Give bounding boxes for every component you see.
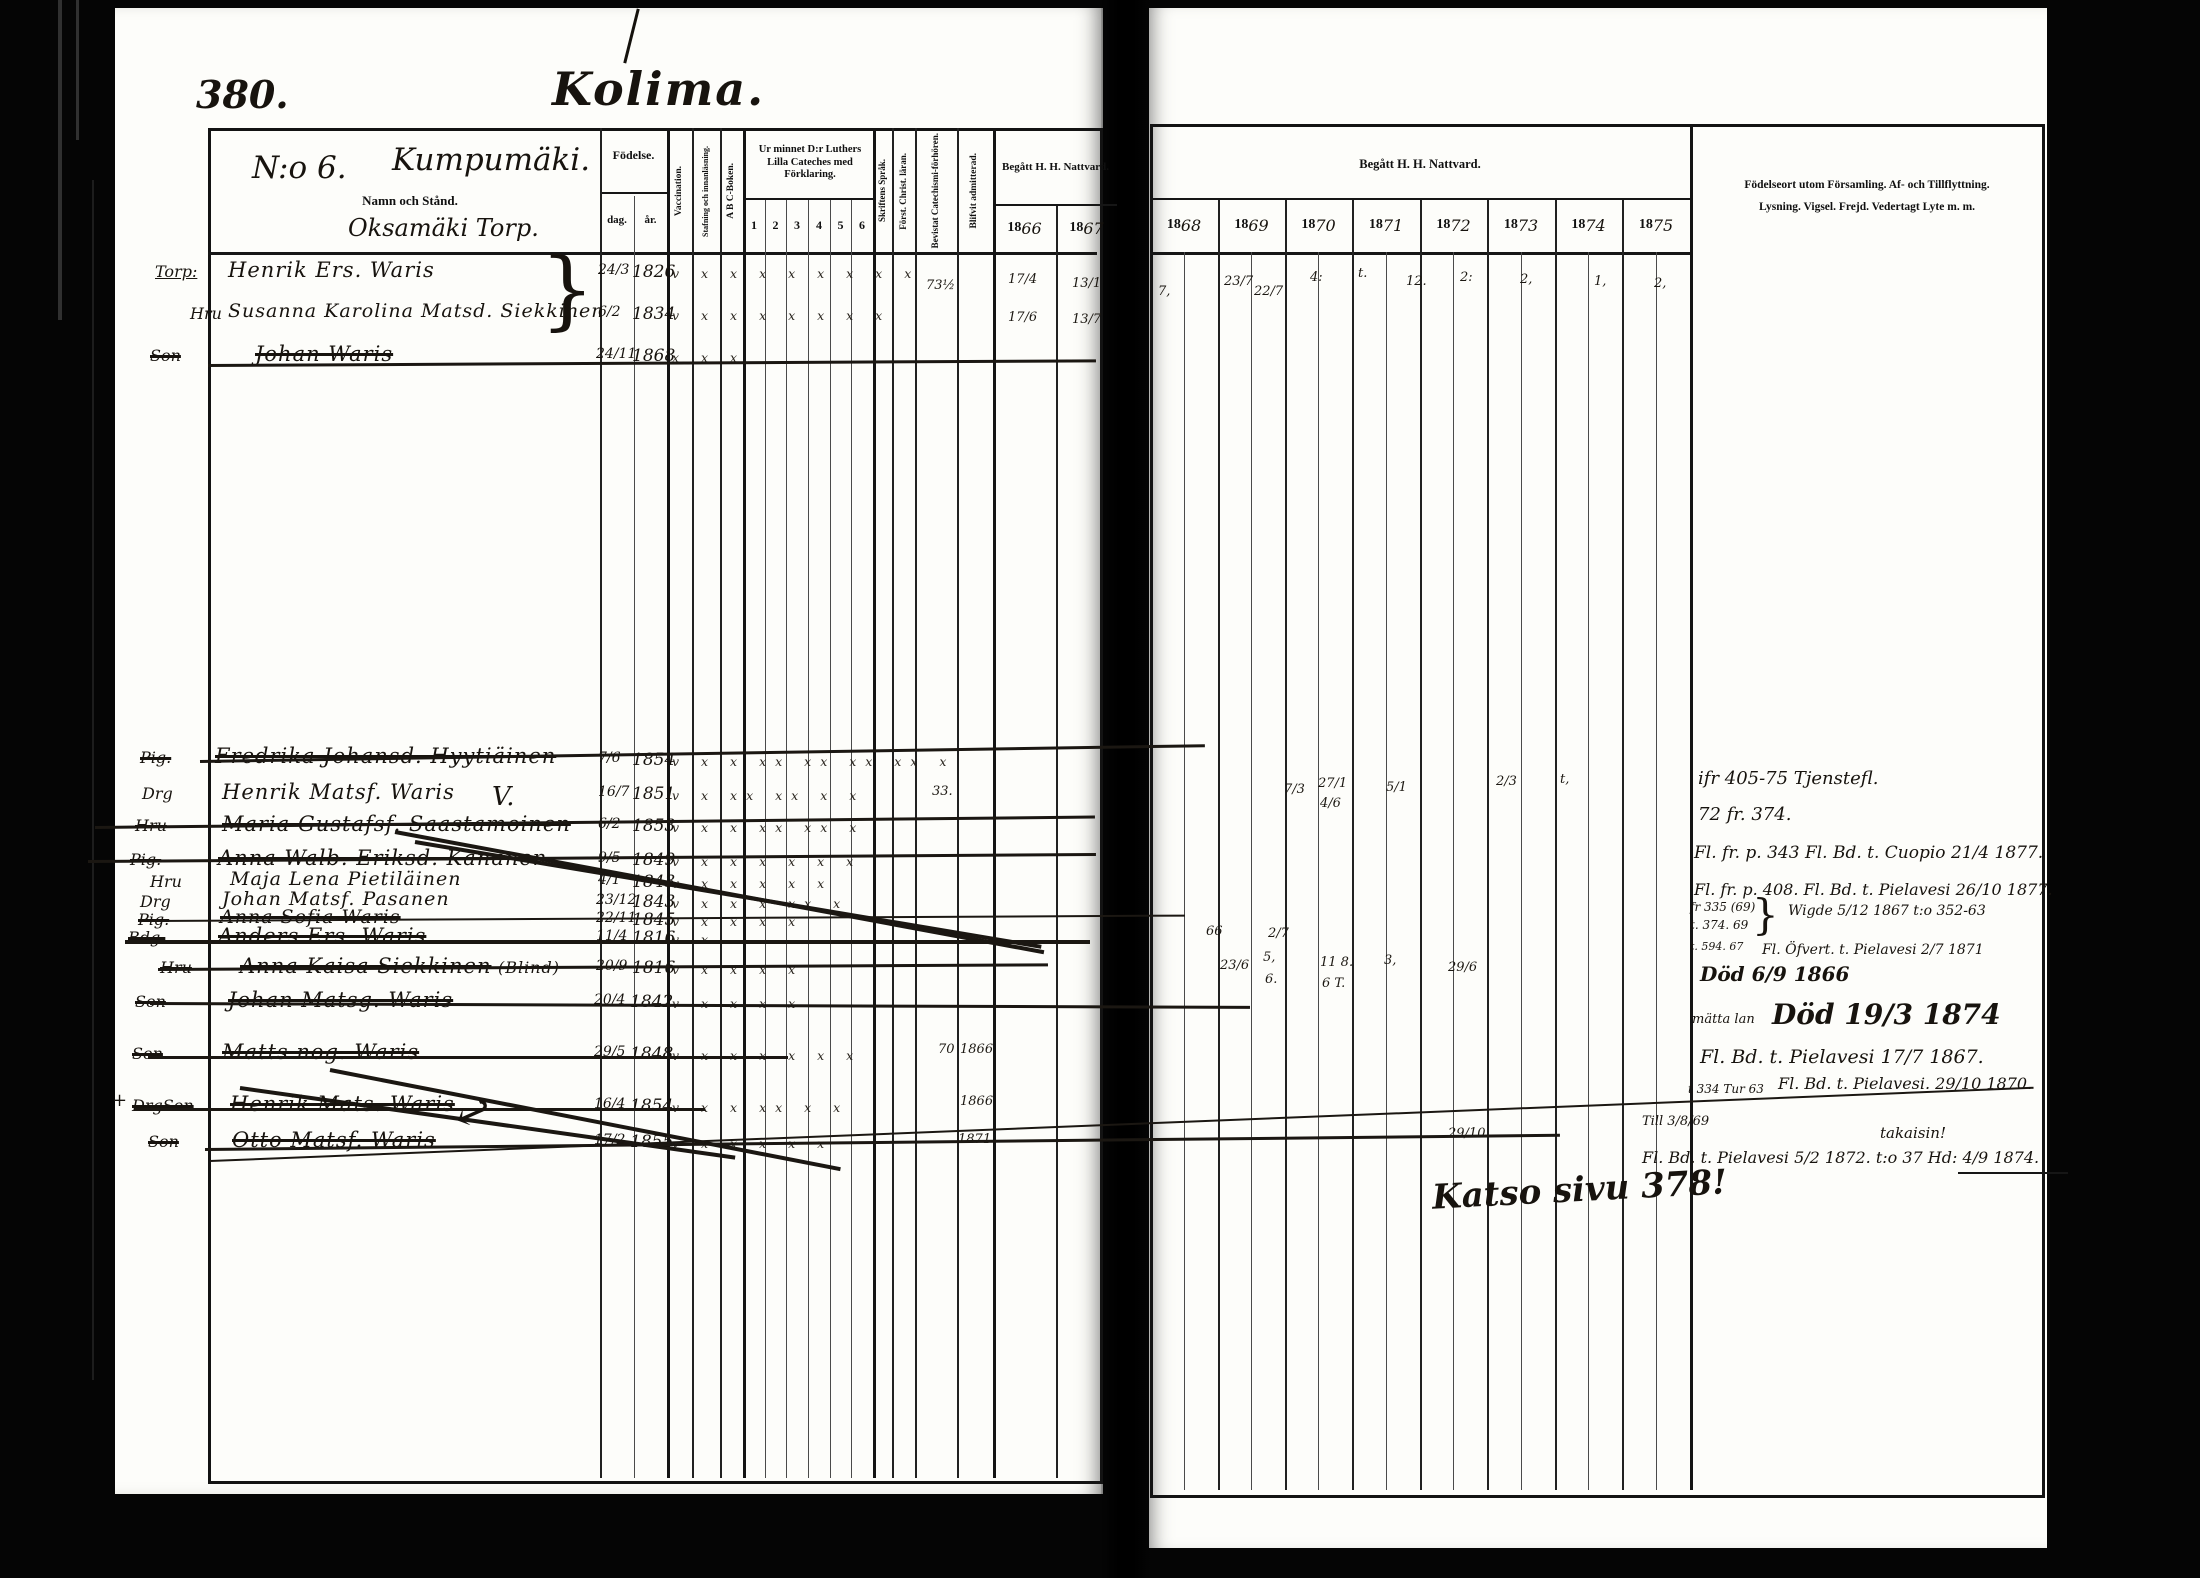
row-name: Henrik Matsf. Waris <box>222 780 455 804</box>
margin-note: Död 6/9 1866 <box>1700 962 1849 986</box>
communion-mark: 6. <box>1265 972 1277 987</box>
year-1870: 1870 <box>1285 200 1352 250</box>
communion-mark: 11 8. <box>1320 955 1353 970</box>
birth-year: 1826 <box>632 262 675 282</box>
row-prefix: Son <box>150 346 181 365</box>
column-rule <box>1285 200 1287 1490</box>
margin-note: Wigde 5/12 1867 t:o 352-63 <box>1788 903 1986 919</box>
row-name: Henrik Ers. Waris <box>228 258 435 282</box>
year-1871: 1871 <box>1352 200 1420 250</box>
column-rule <box>1690 124 1693 1490</box>
row-prefix: Son <box>148 1132 179 1151</box>
reading-marks: v x xx xx x x <box>672 788 865 803</box>
year-1867: 1867 <box>1056 206 1117 250</box>
margin-note: t 334 Tur 63 <box>1688 1082 1764 1096</box>
col-abc-book: A B C-Boken. <box>720 132 743 250</box>
communion-mark: 12. <box>1406 274 1427 289</box>
exam-mark: 73½ <box>926 278 955 293</box>
birth-year: 1848 <box>630 1044 673 1064</box>
birth-day: 7/6 <box>598 750 621 766</box>
margin-note: takaisin! <box>1880 1124 1946 1142</box>
row-prefix: Hru <box>190 304 222 323</box>
note-underline <box>1958 1172 2068 1174</box>
communion-mark: 2, <box>1654 276 1666 291</box>
communion-mark: 29/10 <box>1448 1126 1485 1141</box>
year-1875: 1875 <box>1622 200 1690 250</box>
communion-mark: 2: <box>1460 270 1473 285</box>
margin-note: mätta lan <box>1692 1012 1755 1027</box>
column-rule <box>1487 200 1489 1490</box>
reading-marks: v x x xx xx xx xx x <box>672 754 955 769</box>
column-rule <box>1656 252 1657 1490</box>
column-rule <box>743 128 746 1478</box>
column-rule <box>1318 252 1319 1490</box>
col-spelling: Stafning och innanläsning. <box>692 132 720 250</box>
names-column-header: Namn och Stånd. <box>300 192 520 210</box>
household-name: Kumpumäki. <box>392 142 590 178</box>
column-rule <box>957 128 959 1478</box>
column-rule <box>808 200 809 1478</box>
table-rule <box>993 204 1117 206</box>
book-edge-streak <box>58 0 62 320</box>
col-notes-line1: Födelseort utom Församling. Af- och Till… <box>1700 175 2034 195</box>
col-exam: Bevistat Catechismi-förhören. <box>915 132 957 250</box>
row-name: Johan Matsg. Waris <box>228 988 453 1012</box>
communion-mark: 5, <box>1263 950 1275 965</box>
margin-note: t. 594. 67 <box>1690 940 1743 953</box>
sub-location: Oksamäki Torp. <box>348 214 539 242</box>
col-catechism-3: 3 <box>786 200 808 250</box>
row-strike <box>125 940 1090 944</box>
birth-day: 23/12 <box>596 892 636 908</box>
col-birth-year: år. <box>634 210 667 230</box>
year-1869: 1869 <box>1218 200 1285 250</box>
col-catechism-5: 5 <box>830 200 851 250</box>
communion-mark: 13/7 <box>1072 312 1101 327</box>
margin-note: ifr 405-75 Tjenstefl. <box>1698 768 1879 789</box>
col-communion-right: Begått H. H. Nattvard. <box>1150 152 1690 176</box>
communion-mark: 3, <box>1384 953 1396 968</box>
left-table-border <box>208 128 1103 1484</box>
household-number: N:o 6. <box>252 150 347 186</box>
communion-mark: 1, <box>1594 274 1606 289</box>
page-number: 380. <box>196 72 289 117</box>
margin-note: t. 374. 69 <box>1690 918 1748 932</box>
row-strike <box>148 1056 788 1059</box>
margin-note: Till 3/8/69 <box>1642 1114 1709 1129</box>
note-brace: } <box>1752 890 1779 939</box>
table-rule <box>600 192 667 194</box>
reading-marks: v x x x x x x x x <box>672 266 920 281</box>
birth-year: 1834 <box>632 304 675 324</box>
margin-note: Fl. fr. p. 343 Fl. Bd. t. Cuopio 21/4 18… <box>1694 843 2043 863</box>
col-admitted: Blifvit admitterad. <box>957 132 993 250</box>
row-name: Matts nog. Waris <box>222 1040 419 1064</box>
birth-year: 1845 <box>632 910 675 930</box>
column-rule <box>786 200 787 1478</box>
col-birth-day: dag. <box>600 210 634 230</box>
margin-note: Fl. Öfvert. t. Pielavesi 2/7 1871 <box>1762 942 1984 958</box>
margin-note: Fl. Bd. t. Pielavesi 17/7 1867. <box>1700 1046 1984 1068</box>
column-rule <box>1453 252 1454 1490</box>
exam-mark: 70 <box>938 1042 955 1057</box>
communion-mark: 4: <box>1310 270 1323 285</box>
birth-year: 1842 <box>630 992 673 1012</box>
column-rule <box>600 128 602 1478</box>
column-rule <box>1352 200 1354 1490</box>
row-prefix: Torp: <box>155 262 197 281</box>
column-rule <box>1420 200 1422 1490</box>
col-notes-line2: Lysning. Vigsel. Frejd. Vedertagt Lyte m… <box>1700 197 2034 217</box>
column-rule <box>873 128 876 1478</box>
row-prefix: Bdg. <box>128 928 165 947</box>
column-rule <box>1386 252 1387 1490</box>
row-prefix: Drg <box>140 892 171 911</box>
column-rule <box>993 128 996 1478</box>
year-1873: 1873 <box>1487 200 1555 250</box>
communion-mark: 17/4 <box>1008 272 1037 287</box>
row-brace: } <box>540 240 595 340</box>
col-catechism: Ur minnet D:r Luthers Lilla Cateches med… <box>745 132 875 194</box>
table-rule <box>208 252 1097 255</box>
exam-mark: 33. <box>932 784 953 799</box>
col-catechism-2: 2 <box>765 200 786 250</box>
column-rule <box>765 200 766 1478</box>
admitted-year: 1866 <box>960 1042 993 1057</box>
row-name: Henrik Mats. Waris <box>230 1092 455 1116</box>
book-edge-streak <box>76 0 79 140</box>
col-catechism-6: 6 <box>851 200 873 250</box>
communion-mark: 22/7 <box>1254 284 1283 299</box>
column-rule <box>1251 252 1252 1490</box>
communion-mark: 29/6 <box>1448 960 1477 975</box>
birth-year: 1851 <box>632 784 675 804</box>
communion-mark: 23/6 <box>1220 958 1249 973</box>
communion-mark: 2/7 <box>1268 926 1289 941</box>
column-rule <box>1056 206 1058 1478</box>
communion-mark: 23/7 <box>1224 274 1253 289</box>
birth-day: 6/2 <box>598 816 621 832</box>
communion-mark: 7/3 <box>1284 782 1305 797</box>
margin-note: Död 19/3 1874 <box>1772 998 2001 1031</box>
reading-marks: v x x x x x x x <box>672 308 891 323</box>
column-rule <box>892 128 894 1478</box>
column-rule <box>692 128 694 1478</box>
row-prefix: DrgSon <box>132 1096 194 1115</box>
row-name: Maja Lena Pietiläinen <box>230 868 462 890</box>
birth-year: 1849 <box>632 850 675 870</box>
col-catechism-4: 4 <box>808 200 830 250</box>
book-title: Kolima. <box>552 62 765 116</box>
communion-mark: 27/1 <box>1318 776 1347 791</box>
col-christ-doctrine: Först. Christ. läran. <box>892 132 915 250</box>
communion-mark: 17/6 <box>1008 310 1037 325</box>
communion-mark: 6 T. <box>1322 976 1345 991</box>
row-strike <box>135 1108 705 1111</box>
col-communion-left: Begått H. H. Nattvard. <box>993 150 1118 186</box>
communion-mark: 5/1 <box>1386 780 1407 795</box>
admitted-year: 1871 <box>958 1132 991 1147</box>
admitted-year: 1866 <box>960 1094 993 1109</box>
column-rule <box>720 128 722 1478</box>
column-rule <box>1555 200 1557 1490</box>
column-rule <box>915 128 917 1478</box>
column-rule <box>634 196 635 1478</box>
row-name: Anders Ers. Waris <box>218 924 426 948</box>
communion-mark: 7, <box>1158 284 1170 299</box>
margin-note: fr 335 (69) <box>1690 900 1755 914</box>
col-catechism-1: 1 <box>743 200 765 250</box>
birth-day: 6/2 <box>598 304 621 320</box>
pen-mark: V. <box>492 782 515 812</box>
year-1866: 1866 <box>993 206 1056 250</box>
year-1868: 1868 <box>1150 200 1218 250</box>
communion-mark: t, <box>1560 772 1569 787</box>
row-prefix: Drg <box>142 784 173 803</box>
margin-note: 72 fr. 374. <box>1698 804 1791 825</box>
communion-mark: 66 <box>1206 924 1223 939</box>
birth-day: 24/3 <box>598 262 629 278</box>
column-rule <box>1622 200 1624 1490</box>
communion-mark: 13/1 <box>1072 276 1101 291</box>
column-rule <box>1521 252 1522 1490</box>
communion-mark: t. <box>1358 266 1367 281</box>
margin-note: Fl. fr. p. 408. Fl. Bd. t. Pielavesi 26/… <box>1694 880 2053 899</box>
col-birth: Födelse. <box>600 145 667 165</box>
column-rule <box>830 200 831 1478</box>
birth-year: 1843 <box>632 892 675 912</box>
margin-note: Fl. Bd. t. Pielavesi. 29/10 1870. <box>1778 1074 2032 1093</box>
column-rule <box>1218 200 1220 1490</box>
communion-mark: 2/3 <box>1496 774 1517 789</box>
communion-mark: 4/6 <box>1320 796 1341 811</box>
column-rule <box>1184 252 1185 1490</box>
birth-day: 16/7 <box>598 784 629 800</box>
row-prefix: Hru <box>150 872 182 891</box>
birth-year: 1816 <box>632 928 675 948</box>
year-1874: 1874 <box>1555 200 1622 250</box>
year-1872: 1872 <box>1420 200 1487 250</box>
column-rule <box>1588 252 1589 1490</box>
row-prefix: Son <box>132 1044 163 1063</box>
book-edge-streak <box>92 180 94 1380</box>
margin-plus-mark: + <box>112 1090 127 1111</box>
column-rule <box>851 200 852 1478</box>
birth-year: 1854 <box>630 1096 673 1116</box>
scanned-document: 380. Kolima. N:o 6. Kumpumäki. Namn och … <box>0 0 2200 1578</box>
communion-mark: 2, <box>1520 272 1532 287</box>
col-vaccination: Vaccination. <box>667 132 692 250</box>
birth-day: 24/11 <box>596 346 636 362</box>
row-prefix: Pig. <box>140 748 171 767</box>
